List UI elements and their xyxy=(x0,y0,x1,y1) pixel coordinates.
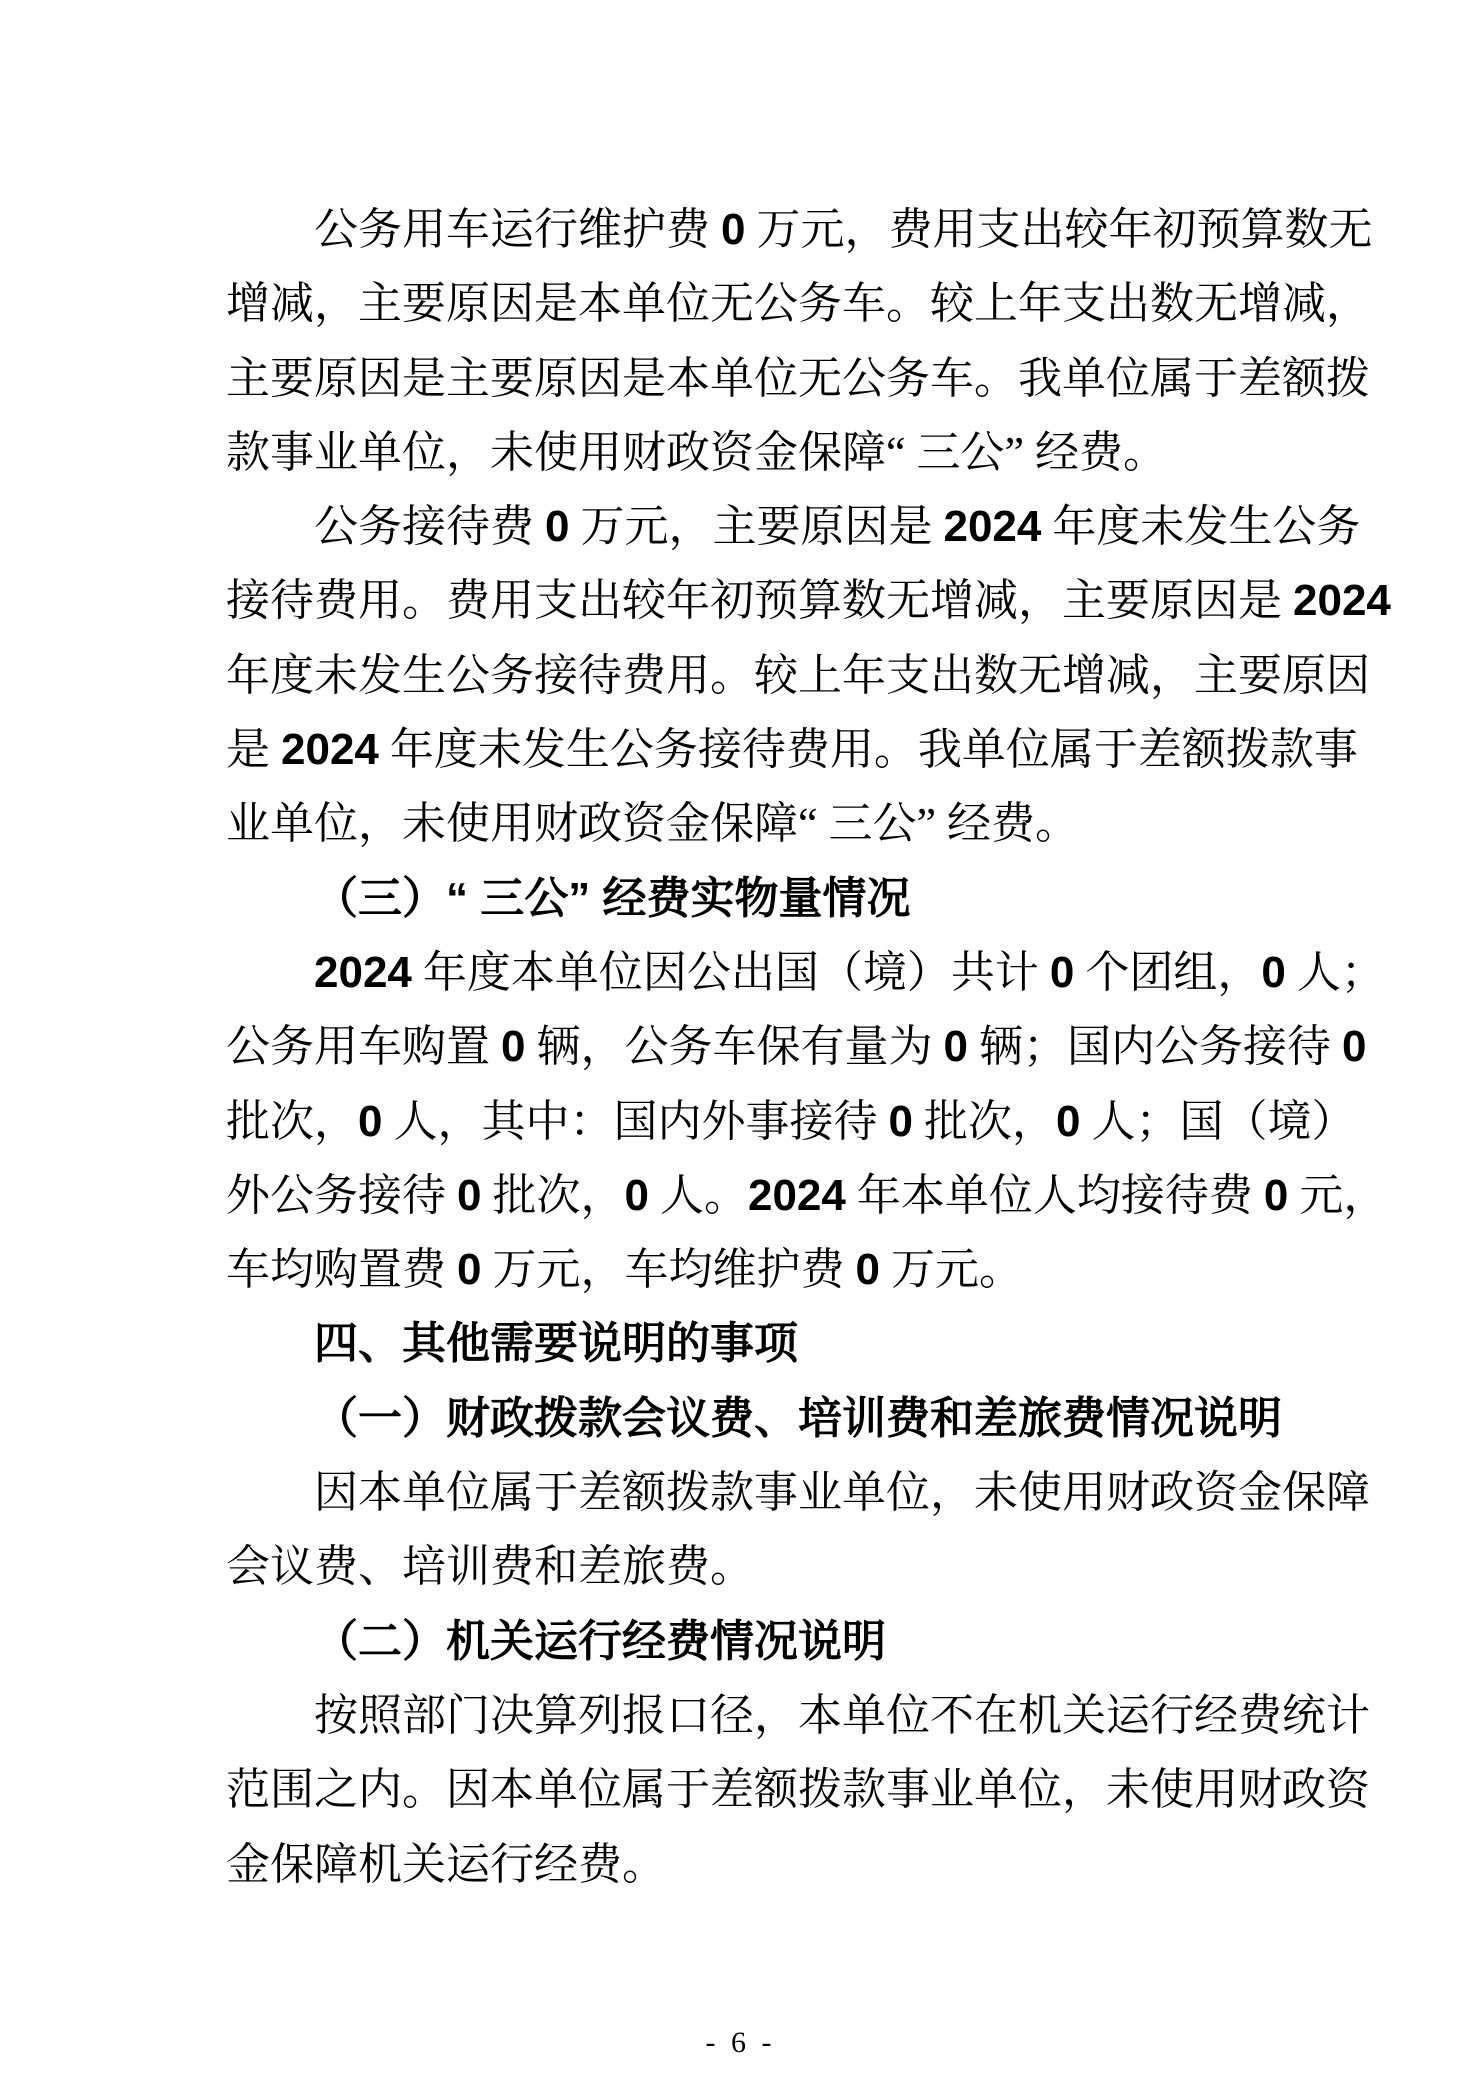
text-line: 金保障机关运行经费。 xyxy=(226,1828,1282,1902)
text-line: 年度未发生公务接待费用。较上年支出数无增减，主要原因 xyxy=(226,639,1282,713)
text-line: 按照部门决算列报口径，本单位不在机关运行经费统计 xyxy=(226,1679,1282,1753)
text-line: 接待费用。费用支出较年初预算数无增减，主要原因是 2024 xyxy=(226,564,1282,638)
section-heading-three-public-quantities: （三）“ 三公” 经费实物量情况 xyxy=(226,862,1282,936)
text-line: 2024 年度本单位因公出国（境）共计 0 个团组，0 人； xyxy=(226,936,1282,1010)
document-page: 公务用车运行维护费 0 万元，费用支出较年初预算数无 增减，主要原因是本单位无公… xyxy=(0,0,1481,2097)
text-line: 业单位，未使用财政资金保障“ 三公” 经费。 xyxy=(226,787,1282,861)
text-line: 因本单位属于差额拨款事业单位，未使用财政资金保障 xyxy=(226,1456,1282,1530)
text-line: 批次，0 人，其中：国内外事接待 0 批次，0 人；国（境） xyxy=(226,1085,1282,1159)
page-number: - 6 - xyxy=(0,2023,1481,2063)
subsection-heading-agency-operating-funds: （二）机关运行经费情况说明 xyxy=(226,1605,1282,1679)
text-line: 范围之内。因本单位属于差额拨款事业单位，未使用财政资 xyxy=(226,1753,1282,1827)
text-line: 款事业单位，未使用财政资金保障“ 三公” 经费。 xyxy=(226,416,1282,490)
body-text: 公务用车运行维护费 0 万元，费用支出较年初预算数无 增减，主要原因是本单位无公… xyxy=(226,193,1282,1902)
text-line: 公务用车购置 0 辆，公务车保有量为 0 辆；国内公务接待 0 xyxy=(226,1010,1282,1084)
text-line: 公务接待费 0 万元，主要原因是 2024 年度未发生公务 xyxy=(226,490,1282,564)
text-line: 主要原因是主要原因是本单位无公务车。我单位属于差额拨 xyxy=(226,342,1282,416)
text-line: 增减，主要原因是本单位无公务车。较上年支出数无增减， xyxy=(226,267,1282,341)
text-line: 外公务接待 0 批次，0 人。2024 年本单位人均接待费 0 元， xyxy=(226,1159,1282,1233)
text-line: 公务用车运行维护费 0 万元，费用支出较年初预算数无 xyxy=(226,193,1282,267)
text-line: 会议费、培训费和差旅费。 xyxy=(226,1530,1282,1604)
text-line: 是 2024 年度未发生公务接待费用。我单位属于差额拨款事 xyxy=(226,713,1282,787)
section-heading-other-items: 四、其他需要说明的事项 xyxy=(226,1307,1282,1381)
subsection-heading-meeting-training-travel: （一）财政拨款会议费、培训费和差旅费情况说明 xyxy=(226,1382,1282,1456)
text-line: 车均购置费 0 万元，车均维护费 0 万元。 xyxy=(226,1233,1282,1307)
